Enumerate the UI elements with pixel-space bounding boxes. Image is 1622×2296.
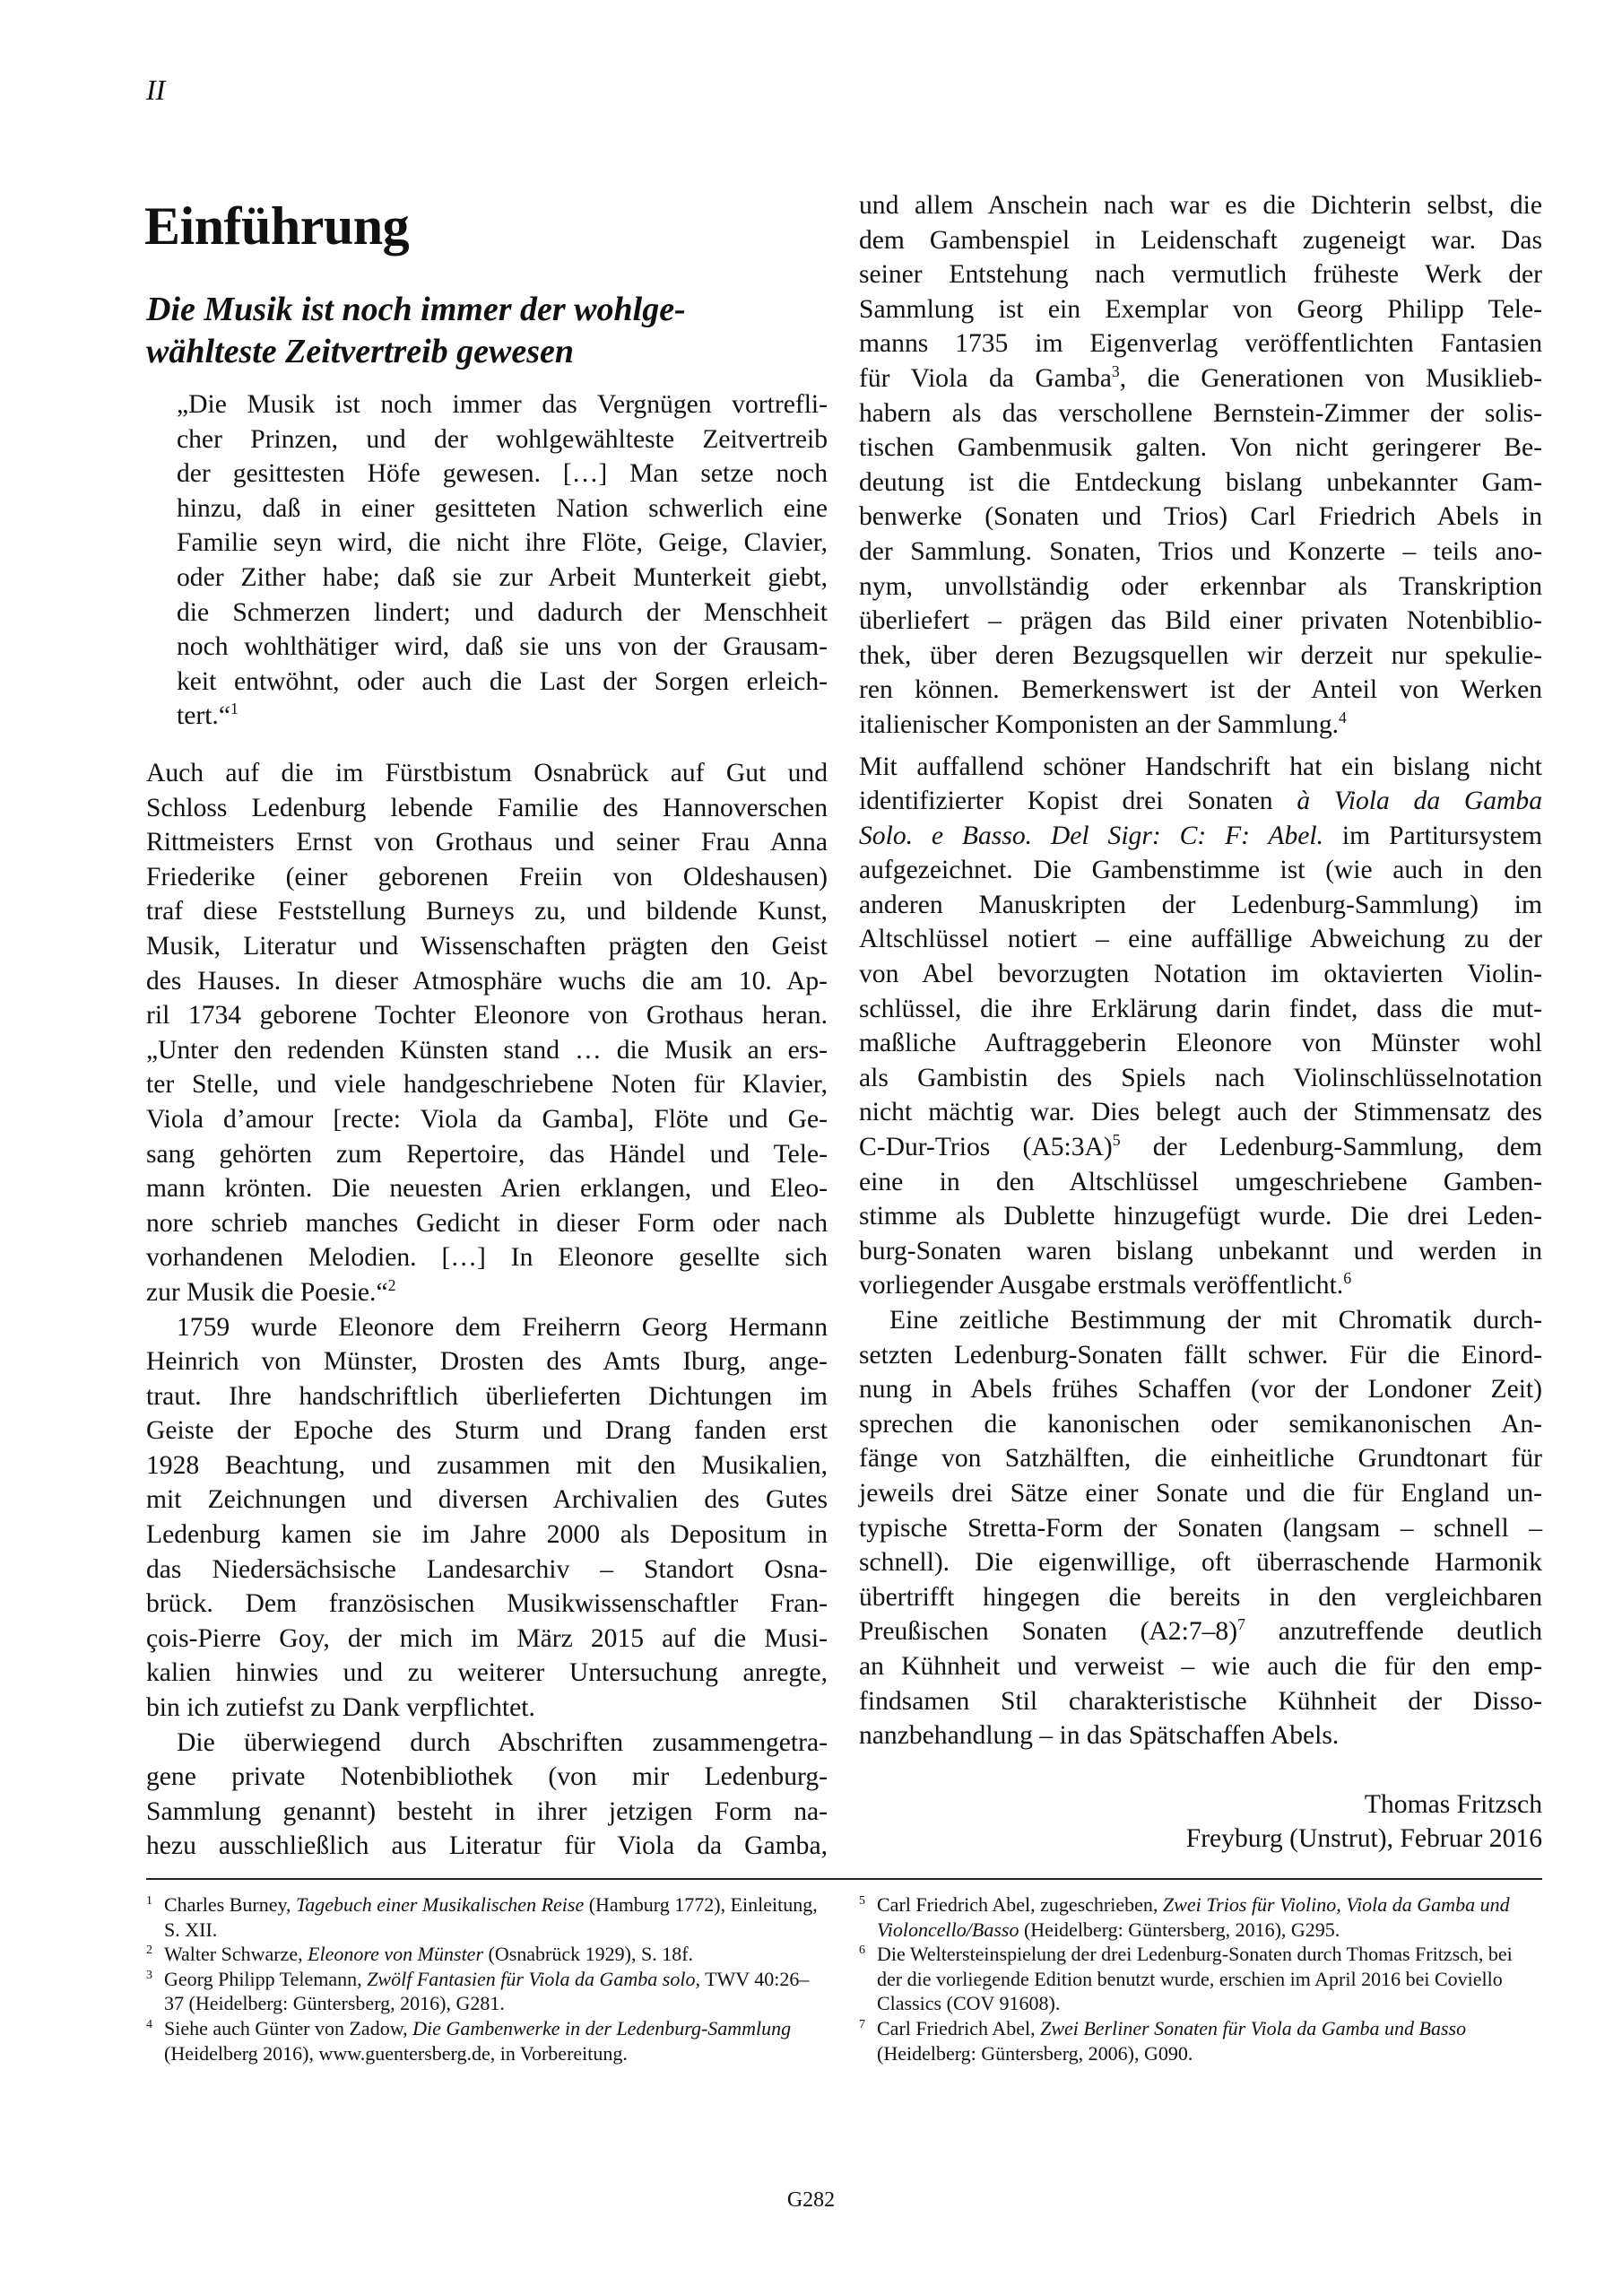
body-line: Rittmeisters Ernst von Grothaus und sein…: [146, 825, 828, 860]
body-line: Viola d’amour [recte: Viola da Gamba], F…: [146, 1102, 828, 1137]
footnote-ref[interactable]: 5: [1113, 1131, 1121, 1149]
subtitle-line: Die Musik ist noch immer der wohlge-: [146, 289, 828, 331]
body-line: benwerke (Sonaten und Trios) Carl Friedr…: [859, 500, 1542, 535]
body-line: schnell). Die eigenwillige, oft überrasc…: [859, 1545, 1542, 1580]
footnote-ref[interactable]: 6: [1343, 1270, 1351, 1288]
paragraph: Auch auf die im Fürstbistum Osnabrück au…: [146, 756, 828, 1310]
body-line: nym, unvollständig oder erkennbar als Tr…: [859, 570, 1542, 604]
body-line: Geiste der Epoche des Sturm und Drang fa…: [146, 1413, 828, 1448]
body-line: ril 1734 geborene Tochter Eleonore von G…: [146, 998, 828, 1033]
body-line: Mit auffallend schöner Handschrift hat e…: [859, 750, 1542, 785]
body-line: der Sammlung. Sonaten, Trios und Konzert…: [859, 535, 1542, 570]
body-text: , die Generationen von Musiklieb-: [1120, 364, 1542, 393]
footnote-ref[interactable]: 7: [1237, 1615, 1245, 1633]
body-line: Solo. e Basso. Del Sigr: C: F: Abel. im …: [859, 819, 1542, 854]
body-line: schlüssel, die ihre Erklärung darin find…: [859, 992, 1542, 1027]
footnote-title: Tagebuch einer Musikalischen Reise: [296, 1893, 584, 1916]
body-text: im Partitursystem: [1323, 822, 1542, 850]
right-column: und allem Anschein nach war es die Dicht…: [859, 188, 1542, 1857]
footnote-number: 7: [859, 2013, 865, 2038]
body-line: 1928 Beachtung, und zusammen mit den Mus…: [146, 1448, 828, 1483]
quote-line: noch wohlthätiger wird, daß sie uns von …: [177, 630, 828, 665]
quote-line: der gesittesten Höfe gewesen. […] Man se…: [177, 457, 828, 491]
body-text: identifizierter Kopist drei Sonaten: [859, 787, 1297, 815]
subtitle-line: wählteste Zeitvertreib gewesen: [146, 331, 828, 373]
body-line: das Niedersächsische Landesarchiv – Stan…: [146, 1552, 828, 1587]
body-line: C-Dur-Trios (A5:3A)5 der Ledenburg-Samml…: [859, 1130, 1542, 1165]
body-line: thek, über deren Bezugsquellen wir derze…: [859, 639, 1542, 674]
body-text: anzutreffende deutlich: [1245, 1617, 1542, 1646]
footnote-ref[interactable]: 1: [230, 700, 239, 717]
footnote-number: 6: [859, 1938, 865, 1963]
body-line: an Kühnheit und verweist – wie auch die …: [859, 1649, 1542, 1684]
quote-line: „Die Musik ist noch immer das Vergnügen …: [177, 387, 828, 422]
body-line: übertrifft hingegen die bereits in den v…: [859, 1580, 1542, 1615]
footnote-text: Walter Schwarze,: [164, 1943, 308, 1965]
footnote-text: Siehe auch Günter von Zadow,: [164, 2017, 412, 2039]
body-line: Eine zeitliche Bestimmung der mit Chroma…: [859, 1303, 1542, 1338]
body-line: nanzbehandlung – in das Spätschaffen Abe…: [859, 1718, 1542, 1753]
body-line: jeweils drei Sätze einer Sonate und die …: [859, 1476, 1542, 1511]
body-line: Musik, Literatur und Wissenschaften präg…: [146, 929, 828, 964]
body-line: sprechen die kanonischen oder semikanoni…: [859, 1407, 1542, 1442]
footnote-divider: [146, 1878, 1542, 1880]
footnote-number: 2: [146, 1938, 152, 1963]
italic-title: à Viola da Gamba: [1297, 787, 1542, 815]
body-line: ter Stelle, und viele handgeschriebene N…: [146, 1067, 828, 1102]
body-line: brück. Dem französischen Musikwissenscha…: [146, 1587, 828, 1622]
body-line: überliefert – prägen das Bild einer priv…: [859, 604, 1542, 639]
body-line: italienischer Komponisten an der Sammlun…: [859, 708, 1542, 743]
body-line: eine in den Altschlüssel umgeschriebene …: [859, 1165, 1542, 1200]
body-line: bin ich zutiefst zu Dank verpflichtet.: [146, 1691, 828, 1726]
body-line: traut. Ihre handschriftlich überlieferte…: [146, 1379, 828, 1414]
body-line: kalien hinwies und zu weiterer Untersuch…: [146, 1656, 828, 1691]
footnote-3: 3Georg Philipp Telemann, Zwölf Fantasien…: [146, 1967, 828, 2016]
body-line: aufgezeichnet. Die Gambenstimme ist (wie…: [859, 853, 1542, 888]
quote-line: cher Prinzen, und der wohlgewählteste Ze…: [177, 422, 828, 457]
section-subtitle: Die Musik ist noch immer der wohlge- wäh…: [146, 289, 828, 373]
footnote-4: 4Siehe auch Günter von Zadow, Die Gamben…: [146, 2016, 828, 2066]
body-line: fänge von Satzhälften, die einheitliche …: [859, 1441, 1542, 1476]
footnote-6: 6Die Weltersteinspielung der drei Ledenb…: [859, 1942, 1542, 2016]
body-text: vorliegender Ausgabe erstmals veröffentl…: [859, 1271, 1343, 1300]
body-line: zur Musik die Poesie.“2: [146, 1275, 828, 1310]
running-head: II: [146, 74, 165, 107]
footnote-text: (Heidelberg: Güntersberg, 2006), G090.: [877, 2042, 1193, 2065]
body-text: Preußischen Sonaten (A2:7–8): [859, 1617, 1237, 1646]
body-line: setzten Ledenburg-Sonaten fällt schwer. …: [859, 1338, 1542, 1373]
body-line: Friederike (einer geborenen Freiin von O…: [146, 860, 828, 895]
footnote-ref[interactable]: 3: [1112, 362, 1120, 380]
body-text: für Viola da Gamba: [859, 364, 1112, 393]
place-date: Freyburg (Unstrut), Februar 2016: [859, 1822, 1542, 1857]
body-text: zur Musik die Poesie.“: [146, 1278, 388, 1307]
body-line: 1759 wurde Eleonore dem Freiherrn Georg …: [146, 1310, 828, 1345]
body-line: Sammlung ist ein Exemplar von Georg Phil…: [859, 292, 1542, 327]
body-line: maßliche Auftraggeberin Eleonore von Mün…: [859, 1026, 1542, 1061]
footnote-ref[interactable]: 4: [1339, 709, 1347, 726]
body-line: anderen Manuskripten der Ledenburg-Samml…: [859, 888, 1542, 923]
quote-line: keit entwöhnt, oder auch die Last der So…: [177, 665, 828, 700]
body-line: çois-Pierre Goy, der mich im März 2015 a…: [146, 1622, 828, 1657]
body-line: des Hauses. In dieser Atmosphäre wuchs d…: [146, 964, 828, 999]
body-line: nung in Abels frühes Schaffen (vor der L…: [859, 1372, 1542, 1407]
body-line: identifizierter Kopist drei Sonaten à Vi…: [859, 784, 1542, 819]
footnote-title: Zwölf Fantasien für Viola da Gamba solo,: [367, 1968, 700, 1990]
body-line: gene private Notenbibliothek (von mir Le…: [146, 1760, 828, 1795]
footnote-text: Carl Friedrich Abel, zugeschrieben,: [877, 1893, 1163, 1916]
footnote-2: 2Walter Schwarze, Eleonore von Münster (…: [146, 1942, 828, 1967]
footnote-text: (Heidelberg: Güntersberg, 2016), G295.: [1019, 1918, 1340, 1941]
footnote-text: Die Weltersteinspielung der drei Ledenbu…: [877, 1943, 1513, 2014]
paragraph: Die überwiegend durch Abschriften zusamm…: [146, 1726, 828, 1864]
body-line: Ledenburg kamen sie im Jahre 2000 als De…: [146, 1518, 828, 1552]
body-line: Sammlung genannt) besteht in ihrer jetzi…: [146, 1795, 828, 1830]
body-line: mann krönten. Die neuesten Arien erklang…: [146, 1171, 828, 1206]
body-text: C-Dur-Trios (A5:3A): [859, 1133, 1113, 1161]
footnote-1: 1Charles Burney, Tagebuch einer Musikali…: [146, 1892, 828, 1942]
body-line: habern als das verschollene Bernstein-Zi…: [859, 396, 1542, 431]
footnotes-left: 1Charles Burney, Tagebuch einer Musikali…: [146, 1892, 828, 2066]
body-line: hezu ausschließlich aus Literatur für Vi…: [146, 1829, 828, 1864]
footnote-title: Die Gambenwerke in der Ledenburg-Sammlun…: [412, 2017, 791, 2039]
footnote-number: 1: [146, 1889, 152, 1914]
quote-line: hinzu, daß in einer gesitteten Nation sc…: [177, 491, 828, 526]
body-line: als Gambistin des Spiels nach Violinschl…: [859, 1061, 1542, 1096]
footnote-text: (Osnabrück 1929), S. 18f.: [483, 1943, 693, 1965]
footnote-text: Carl Friedrich Abel,: [877, 2017, 1040, 2039]
paragraph: Mit auffallend schöner Handschrift hat e…: [859, 750, 1542, 1304]
body-text: der Ledenburg-Sammlung, dem: [1121, 1133, 1542, 1161]
body-line: sang gehörten zum Repertoire, das Händel…: [146, 1137, 828, 1172]
left-column: Auch auf die im Fürstbistum Osnabrück au…: [146, 756, 828, 1864]
footnote-7: 7Carl Friedrich Abel, Zwei Berliner Sona…: [859, 2016, 1542, 2066]
body-line: nore schrieb manches Gedicht in dieser F…: [146, 1206, 828, 1241]
body-line: nicht mächtig war. Dies belegt auch der …: [859, 1095, 1542, 1130]
author-name: Thomas Fritzsch: [859, 1787, 1542, 1822]
footnote-number: 4: [146, 2013, 152, 2038]
footnote-number: 5: [859, 1889, 865, 1914]
body-line: typische Stretta-Form der Sonaten (langs…: [859, 1511, 1542, 1546]
page-number: G282: [0, 2188, 1622, 2213]
body-line: dem Gambenspiel in Leidenschaft zugeneig…: [859, 223, 1542, 258]
signature: Thomas Fritzsch Freyburg (Unstrut), Febr…: [859, 1787, 1542, 1857]
footnote-title: Eleonore von Münster: [308, 1943, 483, 1965]
body-line: und allem Anschein nach war es die Dicht…: [859, 188, 1542, 223]
body-line: Heinrich von Münster, Drosten des Amts I…: [146, 1344, 828, 1379]
body-line: ren können. Bemerkenswert ist der Anteil…: [859, 673, 1542, 708]
quote-line: Familie seyn wird, die nicht ihre Flöte,…: [177, 526, 828, 561]
body-text: italienischer Komponisten an der Sammlun…: [859, 710, 1339, 739]
body-line: für Viola da Gamba3, die Generationen vo…: [859, 361, 1542, 396]
body-line: Schloss Ledenburg lebende Familie des Ha…: [146, 791, 828, 826]
quote-line: tert.“1: [177, 699, 828, 734]
body-line: stimme als Dublette hinzugefügt wurde. D…: [859, 1199, 1542, 1234]
body-line: vorliegender Ausgabe erstmals veröffentl…: [859, 1268, 1542, 1303]
quote-line: die Schmerzen lindert; und dadurch der M…: [177, 596, 828, 631]
body-line: Die überwiegend durch Abschriften zusamm…: [146, 1726, 828, 1761]
quote-text: tert.“: [177, 701, 230, 730]
quote-line: oder Zither habe; daß sie zur Arbeit Mun…: [177, 561, 828, 596]
paragraph: Eine zeitliche Bestimmung der mit Chroma…: [859, 1303, 1542, 1753]
body-line: „Unter den redenden Künsten stand … die …: [146, 1033, 828, 1068]
body-line: findsamen Stil charakteristische Kühnhei…: [859, 1684, 1542, 1719]
paragraph: und allem Anschein nach war es die Dicht…: [859, 188, 1542, 743]
footnotes-right: 5Carl Friedrich Abel, zugeschrieben, Zwe…: [859, 1892, 1542, 2066]
body-line: Altschlüssel notiert – eine auffällige A…: [859, 922, 1542, 957]
page-title: Einführung: [144, 196, 409, 257]
body-line: mit Zeichnungen und diversen Archivalien…: [146, 1483, 828, 1518]
body-line: seiner Entstehung nach vermutlich frühes…: [859, 257, 1542, 292]
footnote-text: Charles Burney,: [164, 1893, 296, 1916]
body-line: deutung ist die Entdeckung bislang unbek…: [859, 465, 1542, 500]
footnote-5: 5Carl Friedrich Abel, zugeschrieben, Zwe…: [859, 1892, 1542, 1942]
italic-title: Solo. e Basso. Del Sigr: C: F: Abel.: [859, 822, 1323, 850]
body-line: traf diese Feststellung Burneys zu, und …: [146, 894, 828, 929]
footnote-text: Georg Philipp Telemann,: [164, 1968, 367, 1990]
body-line: vorhandenen Melodien. […] In Eleonore ge…: [146, 1240, 828, 1275]
paragraph: 1759 wurde Eleonore dem Freiherrn Georg …: [146, 1310, 828, 1726]
body-line: Preußischen Sonaten (A2:7–8)7 anzutreffe…: [859, 1614, 1542, 1649]
footnote-number: 3: [146, 1963, 152, 1988]
footnote-title: Zwei Berliner Sonaten für Viola da Gamba…: [1040, 2017, 1466, 2039]
footnote-ref[interactable]: 2: [388, 1276, 396, 1294]
body-line: manns 1735 im Eigenverlag veröffentlicht…: [859, 326, 1542, 361]
footnote-text: (Heidelberg 2016), www.guentersberg.de, …: [164, 2042, 628, 2065]
body-line: tischen Gambenmusik galten. Von nicht ge…: [859, 430, 1542, 465]
body-line: von Abel bevorzugten Notation im oktavie…: [859, 957, 1542, 992]
body-line: burg-Sonaten waren bislang unbekannt und…: [859, 1234, 1542, 1269]
body-line: Auch auf die im Fürstbistum Osnabrück au…: [146, 756, 828, 791]
block-quote: „Die Musik ist noch immer das Vergnügen …: [177, 387, 828, 734]
